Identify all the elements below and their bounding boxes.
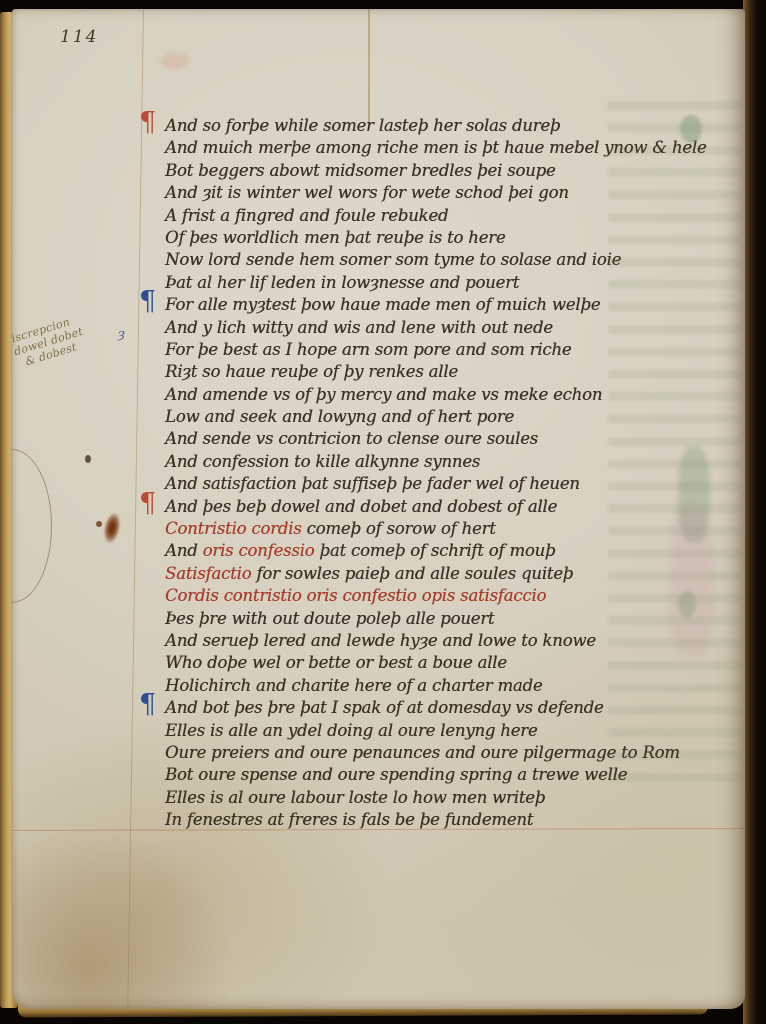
- line-text: In fenestres at freres is fals be þe fun…: [165, 810, 533, 829]
- parchment-scar: [12, 449, 52, 603]
- line-text: Bot beggers abowt midsomer bredles þei s…: [165, 161, 555, 180]
- margin-tie-mark: ȝ: [118, 327, 125, 342]
- binding-gutter: [743, 0, 766, 1024]
- line-text: Þes þre with out doute poleþ alle pouert: [165, 609, 494, 628]
- parchment-page: 114 discrepcion dowel dobet & dobest ȝ ¶…: [12, 9, 745, 1009]
- manuscript-line: In fenestres at freres is fals be þe fun…: [165, 809, 745, 831]
- line-text: Bot oure spense and oure spending spring…: [165, 765, 627, 784]
- line-text: And so forþe while somer lasteþ her sola…: [165, 116, 560, 135]
- line-text: And: [165, 541, 203, 560]
- line-text: Elles is alle an ydel doing al oure leny…: [165, 721, 537, 740]
- line-text: And y lich witty and wis and lene with o…: [165, 318, 553, 337]
- line-text: Satisfactio: [165, 564, 251, 583]
- line-text: Holichirch and charite here of a charter…: [165, 676, 542, 695]
- folio-number: 114: [60, 27, 98, 47]
- line-text: And amende vs of þy mercy and make vs me…: [165, 385, 602, 404]
- line-text: And sende vs contricion to clense oure s…: [165, 429, 538, 448]
- parchment-crease: [368, 9, 370, 127]
- line-text: comeþ of sorow of hert: [302, 519, 496, 538]
- paraph-mark-icon: ¶: [139, 112, 156, 134]
- manuscript-photo: 114 discrepcion dowel dobet & dobest ȝ ¶…: [0, 0, 766, 1024]
- line-text: And ȝit is winter wel wors for wete scho…: [165, 183, 569, 202]
- line-text: For þe best as I hope arn som pore and s…: [165, 340, 571, 359]
- line-text: And satisfaction þat suffiseþ þe fader w…: [165, 474, 580, 493]
- line-text: For alle myȝtest þow haue made men of mu…: [165, 295, 600, 314]
- line-text: þat comeþ of schrift of mouþ: [314, 541, 555, 560]
- line-text: Elles is al oure labour loste lo how men…: [165, 788, 545, 807]
- ink-stain-dot: [96, 521, 102, 527]
- bleedthrough-green-blob-low: [678, 591, 696, 617]
- line-text: Of þes worldlich men þat reuþe is to her…: [165, 228, 505, 247]
- ink-stain: [101, 511, 123, 546]
- line-text: oris confessio: [203, 541, 315, 560]
- paraph-mark-icon: ¶: [139, 493, 156, 515]
- paraph-mark-icon: ¶: [139, 291, 156, 313]
- bleedthrough-green-blob: [680, 115, 702, 143]
- line-text: Riȝt so haue reuþe of þy renkes alle: [165, 362, 458, 381]
- line-text: And bot þes þre þat I spak of at domesda…: [165, 698, 604, 717]
- line-text: And þes beþ dowel and dobet and dobest o…: [165, 497, 557, 516]
- line-text: Who doþe wel or bette or best a boue all…: [165, 653, 507, 672]
- line-text: Cordis contristio oris confestio opis sa…: [165, 586, 546, 605]
- line-text: And confession to kille alkynne synnes: [165, 452, 480, 471]
- bleedthrough-initial-pink: [670, 507, 714, 657]
- line-text: A frist a fingred and foule rebuked: [165, 206, 448, 225]
- manuscript-line: Elles is al oure labour loste lo how men…: [165, 787, 745, 809]
- line-text: Oure preiers and oure penaunces and oure…: [165, 743, 680, 762]
- line-text: And serueþ lered and lewde hyȝe and lowe…: [165, 631, 596, 650]
- bleedthrough-text-column: [608, 101, 742, 785]
- dark-speck: [85, 455, 91, 463]
- line-text: for sowles paieþ and alle soules quiteþ: [251, 564, 573, 583]
- line-text: Contristio cordis: [165, 519, 302, 538]
- pink-smudge: [160, 53, 190, 69]
- line-text: Þat al her lif leden in lowȝnesse and po…: [165, 273, 519, 292]
- line-text: Now lord sende hem somer som tyme to sol…: [165, 250, 621, 269]
- marginal-annotation: discrepcion dowel dobet & dobest: [12, 301, 127, 373]
- line-text: Low and seek and lowyng and of hert pore: [165, 407, 514, 426]
- paraph-mark-icon: ¶: [139, 694, 156, 716]
